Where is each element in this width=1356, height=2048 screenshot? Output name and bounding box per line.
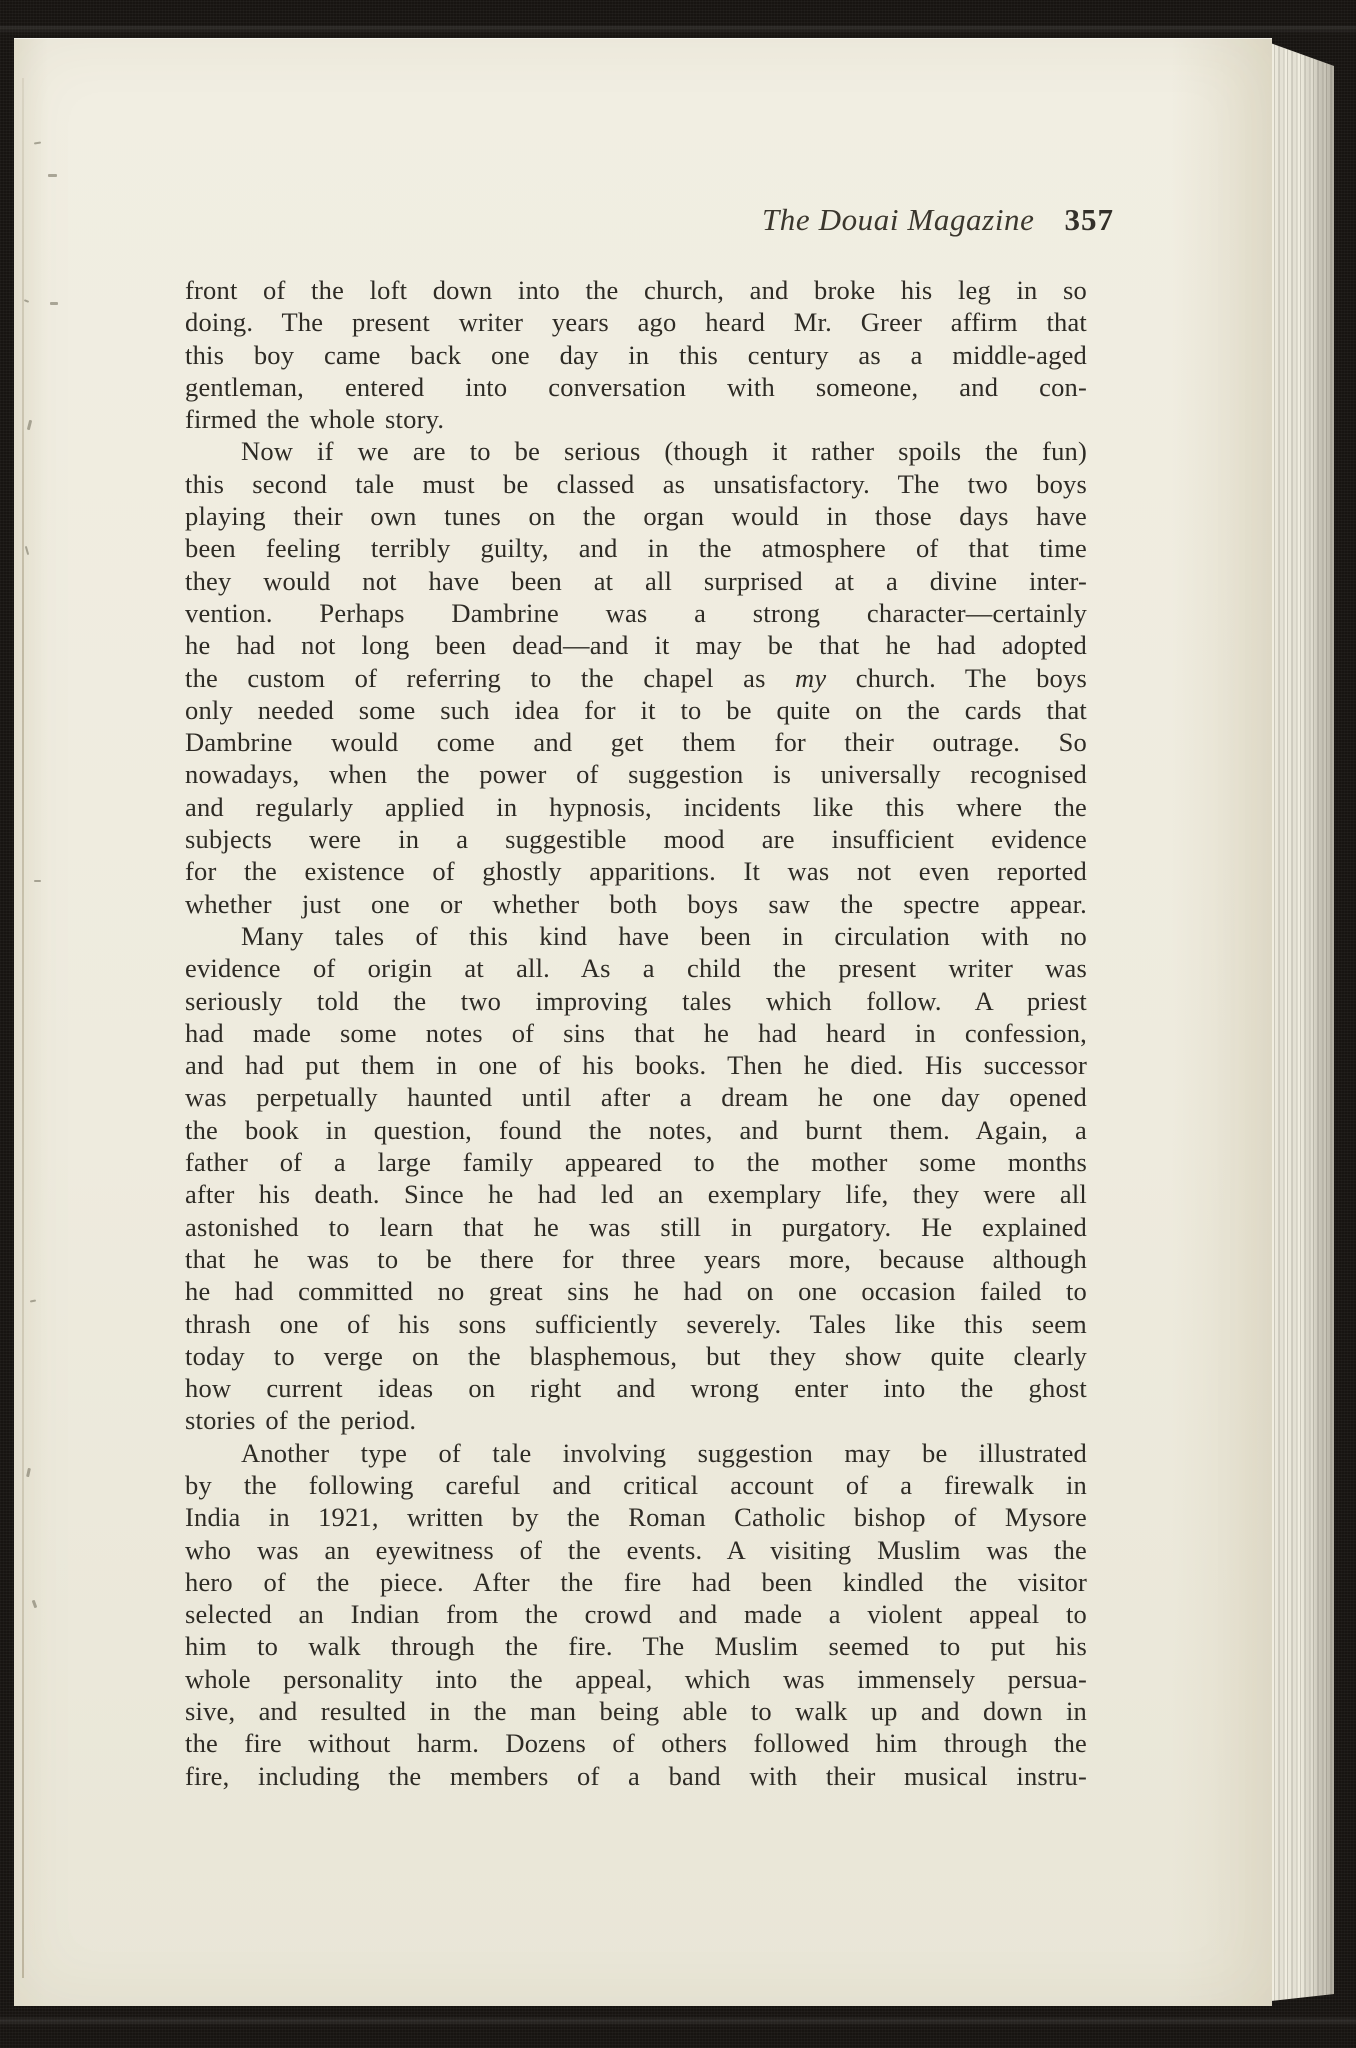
text-line: thrash one of his sons sufficiently seve…	[185, 1308, 1087, 1340]
cover-weave-highlight-top	[0, 26, 1356, 34]
text-line: by the following careful and critical ac…	[185, 1469, 1087, 1501]
paragraph: Many tales of this kind have been in cir…	[185, 920, 1087, 1437]
text-line: whether just one or whether both boys sa…	[185, 888, 1087, 920]
text-line: nowadays, when the power of suggestion i…	[185, 758, 1087, 790]
text-line: gentleman, entered into conversation wit…	[185, 371, 1087, 403]
text-line: and regularly applied in hypnosis, incid…	[185, 791, 1087, 823]
text-line: Another type of tale involving suggestio…	[185, 1437, 1087, 1469]
text-line: Now if we are to be serious (though it r…	[185, 435, 1087, 467]
journal-title: The Douai Magazine	[762, 202, 1035, 237]
text-line: front of the loft down into the church, …	[185, 274, 1087, 306]
margin-mark	[27, 420, 32, 430]
text-line: for the existence of ghostly apparitions…	[185, 855, 1087, 887]
text-line: that he was to be there for three years …	[185, 1243, 1087, 1275]
text-line: was perpetually haunted until after a dr…	[185, 1081, 1087, 1113]
text-line: doing. The present writer years ago hear…	[185, 306, 1087, 338]
text-line: and had put them in one of his books. Th…	[185, 1049, 1087, 1081]
margin-mark	[24, 299, 29, 303]
text-line: hero of the piece. After the fire had be…	[185, 1566, 1087, 1598]
text-line: astonished to learn that he was still in…	[185, 1211, 1087, 1243]
text-line: selected an Indian from the crowd and ma…	[185, 1598, 1087, 1630]
text-line: whole personality into the appeal, which…	[185, 1663, 1087, 1695]
page-gutter-crease	[22, 78, 24, 1978]
paragraph: Now if we are to be serious (though it r…	[185, 435, 1087, 919]
text-line: father of a large family appeared to the…	[185, 1146, 1087, 1178]
text-line: him to walk through the fire. The Muslim…	[185, 1630, 1087, 1662]
paragraph: Another type of tale involving suggestio…	[185, 1437, 1087, 1792]
text-line: only needed some such idea for it to be …	[185, 694, 1087, 726]
text-block: front of the loft down into the church, …	[185, 274, 1087, 1792]
margin-mark	[30, 1299, 36, 1302]
text-line: after his death. Since he had led an exe…	[185, 1178, 1087, 1210]
text-line: been feeling terribly guilty, and in the…	[185, 532, 1087, 564]
text-line: evidence of origin at all. As a child th…	[185, 952, 1087, 984]
text-line: vention. Perhaps Dambrine was a strong c…	[185, 597, 1087, 629]
margin-mark	[26, 1468, 31, 1477]
margin-mark	[50, 302, 58, 305]
text-line: stories of the period.	[185, 1404, 1087, 1436]
book-scan: The Douai Magazine357 front of the loft …	[0, 0, 1356, 2048]
text-line: this boy came back one day in this centu…	[185, 339, 1087, 371]
margin-mark	[32, 1600, 38, 1609]
text-line: playing their own tunes on the organ wou…	[185, 500, 1087, 532]
margin-mark	[34, 142, 41, 145]
text-line: seriously told the two improving tales w…	[185, 985, 1087, 1017]
text-line: fire, including the members of a band wi…	[185, 1760, 1087, 1792]
text-line: the custom of referring to the chapel as…	[185, 662, 1087, 694]
text-line: the book in question, found the notes, a…	[185, 1114, 1087, 1146]
text-line: he had committed no great sins he had on…	[185, 1275, 1087, 1307]
text-line: Many tales of this kind have been in cir…	[185, 920, 1087, 952]
text-line: sive, and resulted in the man being able…	[185, 1695, 1087, 1727]
margin-mark	[34, 880, 41, 882]
text-line: firmed the whole story.	[185, 403, 1087, 435]
page-number: 357	[1065, 202, 1115, 237]
text-line: subjects were in a suggestible mood are …	[185, 823, 1087, 855]
text-line: who was an eyewitness of the events. A v…	[185, 1534, 1087, 1566]
cover-weave-highlight-bottom	[0, 2016, 1356, 2026]
text-line: how current ideas on right and wrong ent…	[185, 1372, 1087, 1404]
text-line: they would not have been at all surprise…	[185, 565, 1087, 597]
text-line: he had not long been dead—and it may be …	[185, 629, 1087, 661]
text-line: India in 1921, written by the Roman Cath…	[185, 1501, 1087, 1533]
margin-mark	[25, 546, 29, 555]
margin-mark	[48, 174, 57, 177]
page-fore-edge-stack	[1262, 40, 1334, 2002]
book-page: The Douai Magazine357 front of the loft …	[14, 38, 1272, 2006]
text-line: today to verge on the blasphemous, but t…	[185, 1340, 1087, 1372]
text-line: this second tale must be classed as unsa…	[185, 468, 1087, 500]
paragraph: front of the loft down into the church, …	[185, 274, 1087, 435]
text-line: had made some notes of sins that he had …	[185, 1017, 1087, 1049]
running-head: The Douai Magazine357	[14, 201, 1114, 245]
text-line: Dambrine would come and get them for the…	[185, 726, 1087, 758]
text-line: the fire without harm. Dozens of others …	[185, 1727, 1087, 1759]
